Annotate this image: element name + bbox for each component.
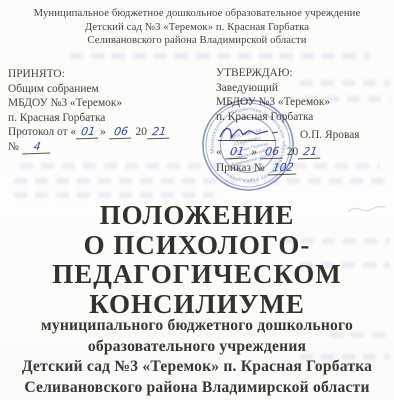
stamp-center-text: Детский сад «Теремок» п. Красная Горбатк… [224,125,273,167]
subtitle-line: муниципального бюджетного дошкольного [0,316,394,337]
handwritten-year: 21 [147,126,171,140]
handwritten-year: 21 [298,146,322,160]
accepted-heading: ПРИНЯТО: [8,67,193,82]
approved-line: Заведующий [216,81,392,96]
protocol-number-line: № 4 [8,140,193,155]
title-line: О ПСИХОЛОГО- [0,231,394,261]
accepted-block: ПРИНЯТО: Общим собранием МБДОУ №3 «Терем… [8,67,193,155]
protocol-line: Протокол от «01» 06 2021 [8,125,193,140]
title-line: ПЕДАГОГИЧЕСКОМ [0,260,394,290]
subtitle-line: образовательного учреждения [0,337,394,358]
org-name-line: Селивановского района Владимирской облас… [0,34,394,48]
org-name-line: Детский сад №3 «Теремок» п. Красная Горб… [0,21,394,35]
scanned-document-page: Муниципальное бюджетное дошкольное образ… [0,0,394,400]
approved-heading: УТВЕРЖДАЮ: [216,66,392,81]
org-name-line: Муниципальное бюджетное дошкольное образ… [0,7,394,21]
century: 20 [136,126,147,138]
accepted-line: МБДОУ №3 «Теремок» [8,96,193,111]
handwritten-month: 06 [109,126,133,140]
bleed-through-artifact [14,192,214,198]
title-line: КОНСИЛИУМЕ [0,290,394,320]
bleed-through-artifact [14,178,384,184]
organization-header: Муниципальное бюджетное дошкольное образ… [0,7,394,48]
protocol-prefix: Протокол от « [8,126,76,138]
title-line: ПОЛОЖЕНИЕ [0,201,394,231]
subtitle-line: Детский сад №3 «Теремок» п. Красная Горб… [0,357,394,378]
number-label: № [8,141,19,153]
document-subtitle: муниципального бюджетного дошкольного об… [0,316,394,398]
close-quote: » [100,126,106,138]
signer-name: О.П. Яровая [300,128,360,143]
handwritten-day: 01 [76,126,100,140]
document-title: ПОЛОЖЕНИЕ О ПСИХОЛОГО- ПЕДАГОГИЧЕСКОМ КО… [0,201,394,319]
subtitle-line: Селивановского района Владимирской облас… [0,378,394,399]
accepted-line: Общим собранием [8,82,193,97]
handwritten-protocol-number: 4 [22,140,52,154]
bleed-through-artifact [70,53,370,59]
accepted-line: п. Красная Горбатка [8,111,193,126]
